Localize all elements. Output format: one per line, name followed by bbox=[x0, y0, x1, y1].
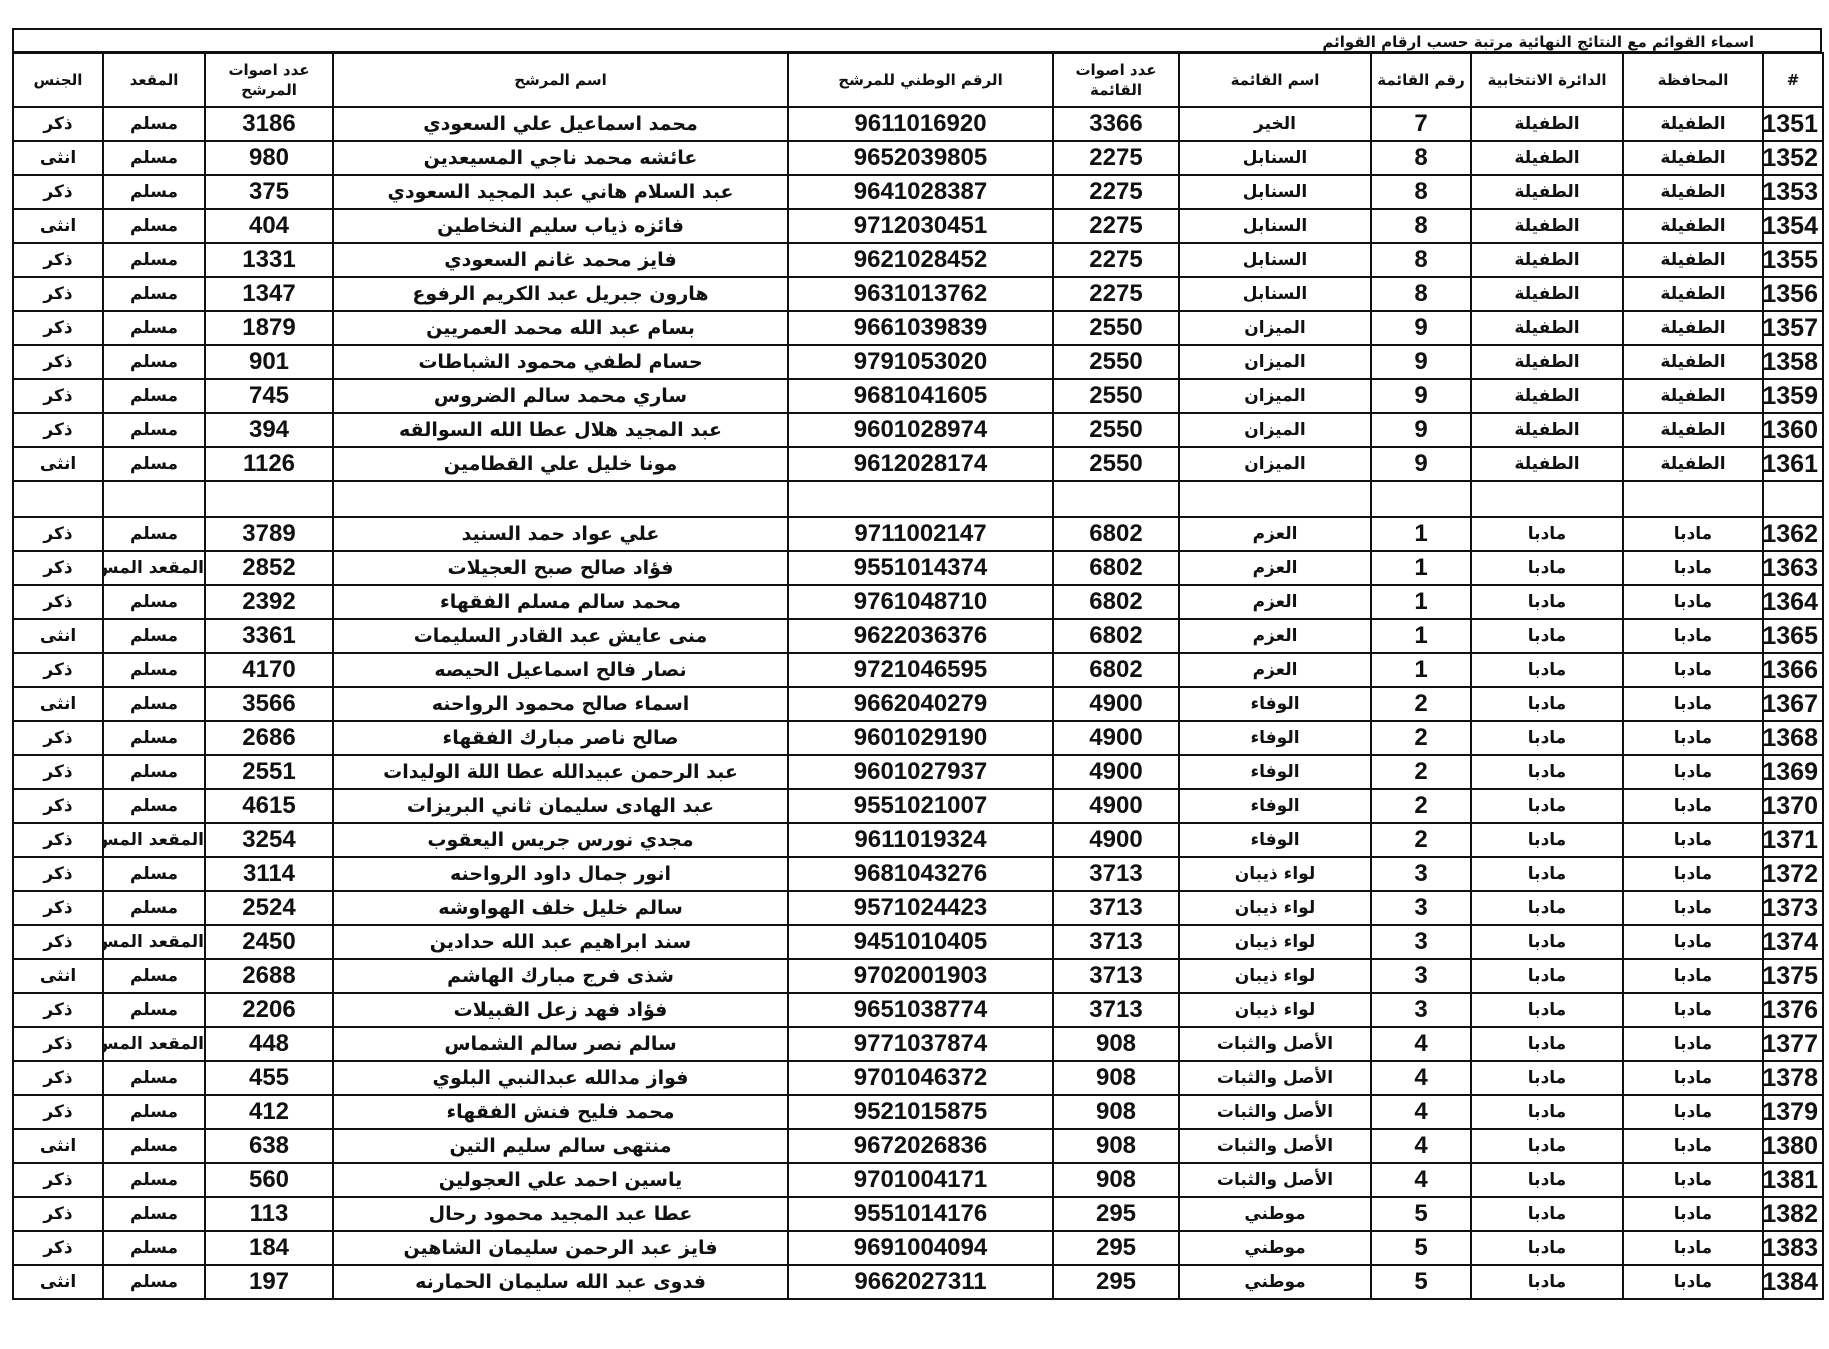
list-votes-cell: 295 bbox=[1053, 1197, 1179, 1231]
national-id-cell: 9791053020 bbox=[788, 345, 1053, 379]
row-index: 1360 bbox=[1763, 413, 1823, 447]
candidate-votes-cell: 901 bbox=[205, 345, 333, 379]
list-number-cell: 9 bbox=[1371, 379, 1471, 413]
row-index: 1383 bbox=[1763, 1231, 1823, 1265]
list-number-cell: 3 bbox=[1371, 993, 1471, 1027]
list-votes-cell: 2275 bbox=[1053, 141, 1179, 175]
row-index: 1384 bbox=[1763, 1265, 1823, 1299]
gender-cell: ذكر bbox=[13, 585, 103, 619]
candidate-votes-cell: 2450 bbox=[205, 925, 333, 959]
governorate-cell: مادبا bbox=[1623, 585, 1763, 619]
national-id-cell: 9652039805 bbox=[788, 141, 1053, 175]
list-votes-cell: 3366 bbox=[1053, 107, 1179, 141]
list-name-cell: العزم bbox=[1179, 517, 1371, 551]
governorate-cell: مادبا bbox=[1623, 891, 1763, 925]
governorate-cell: الطفيلة bbox=[1623, 379, 1763, 413]
list-votes-cell: 4900 bbox=[1053, 721, 1179, 755]
table-row: 1374مادبامادبا3لواء ذيبان37139451010405س… bbox=[13, 925, 1823, 959]
header-national-id: الرقم الوطني للمرشح bbox=[788, 53, 1053, 107]
national-id-cell: 9551021007 bbox=[788, 789, 1053, 823]
list-votes-cell: 295 bbox=[1053, 1265, 1179, 1299]
empty-cell bbox=[1179, 481, 1371, 517]
table-row: 1384مادبامادبا5موطني2959662027311فدوى عب… bbox=[13, 1265, 1823, 1299]
candidate-name-cell: محمد سالم مسلم الفقهاء bbox=[333, 585, 788, 619]
table-row: 1371مادبامادبا2الوفاء49009611019324مجدي … bbox=[13, 823, 1823, 857]
district-cell: مادبا bbox=[1471, 959, 1623, 993]
list-name-cell: لواء ذيبان bbox=[1179, 925, 1371, 959]
national-id-cell: 9681041605 bbox=[788, 379, 1053, 413]
seat-cell: مسلم bbox=[103, 721, 205, 755]
candidate-name-cell: فايز محمد غانم السعودي bbox=[333, 243, 788, 277]
gender-cell: ذكر bbox=[13, 1231, 103, 1265]
district-cell: الطفيلة bbox=[1471, 141, 1623, 175]
candidate-name-cell: فائزه ذياب سليم النخاطين bbox=[333, 209, 788, 243]
district-cell: مادبا bbox=[1471, 619, 1623, 653]
seat-cell: مسلم bbox=[103, 1095, 205, 1129]
list-number-cell: 1 bbox=[1371, 517, 1471, 551]
list-number-cell: 2 bbox=[1371, 687, 1471, 721]
national-id-cell: 9621028452 bbox=[788, 243, 1053, 277]
district-cell: مادبا bbox=[1471, 721, 1623, 755]
district-cell: الطفيلة bbox=[1471, 107, 1623, 141]
candidate-name-cell: علي عواد حمد السنيد bbox=[333, 517, 788, 551]
district-cell: الطفيلة bbox=[1471, 447, 1623, 481]
district-cell: الطفيلة bbox=[1471, 345, 1623, 379]
candidate-votes-cell: 3361 bbox=[205, 619, 333, 653]
list-number-cell: 9 bbox=[1371, 447, 1471, 481]
candidate-votes-cell: 2688 bbox=[205, 959, 333, 993]
list-votes-cell: 6802 bbox=[1053, 653, 1179, 687]
seat-cell: مسلم bbox=[103, 517, 205, 551]
gender-cell: ذكر bbox=[13, 823, 103, 857]
list-number-cell: 4 bbox=[1371, 1129, 1471, 1163]
header-list-name: اسم القائمة bbox=[1179, 53, 1371, 107]
national-id-cell: 9721046595 bbox=[788, 653, 1053, 687]
candidate-votes-cell: 560 bbox=[205, 1163, 333, 1197]
list-votes-cell: 2550 bbox=[1053, 345, 1179, 379]
list-number-cell: 8 bbox=[1371, 141, 1471, 175]
candidate-votes-cell: 412 bbox=[205, 1095, 333, 1129]
table-row: 1361الطفيلةالطفيلة9الميزان25509612028174… bbox=[13, 447, 1823, 481]
list-name-cell: الوفاء bbox=[1179, 789, 1371, 823]
row-index: 1361 bbox=[1763, 447, 1823, 481]
gender-cell: ذكر bbox=[13, 379, 103, 413]
empty-cell bbox=[205, 481, 333, 517]
seat-cell: مسلم bbox=[103, 107, 205, 141]
gender-cell: انثى bbox=[13, 1129, 103, 1163]
list-number-cell: 2 bbox=[1371, 823, 1471, 857]
seat-cell: مسلم bbox=[103, 447, 205, 481]
list-votes-cell: 2275 bbox=[1053, 209, 1179, 243]
gender-cell: ذكر bbox=[13, 993, 103, 1027]
list-number-cell: 4 bbox=[1371, 1027, 1471, 1061]
table-row: 1366مادبامادبا1العزم68029721046595نصار ف… bbox=[13, 653, 1823, 687]
list-number-cell: 8 bbox=[1371, 175, 1471, 209]
gender-cell: ذكر bbox=[13, 755, 103, 789]
list-name-cell: موطني bbox=[1179, 1265, 1371, 1299]
candidate-name-cell: سند ابراهيم عبد الله حدادين bbox=[333, 925, 788, 959]
list-number-cell: 9 bbox=[1371, 413, 1471, 447]
governorate-cell: مادبا bbox=[1623, 619, 1763, 653]
governorate-cell: الطفيلة bbox=[1623, 141, 1763, 175]
gender-cell: ذكر bbox=[13, 413, 103, 447]
national-id-cell: 9691004094 bbox=[788, 1231, 1053, 1265]
governorate-cell: مادبا bbox=[1623, 1163, 1763, 1197]
table-row: 1383مادبامادبا5موطني2959691004094فايز عب… bbox=[13, 1231, 1823, 1265]
list-votes-cell: 2550 bbox=[1053, 311, 1179, 345]
list-votes-cell: 908 bbox=[1053, 1163, 1179, 1197]
national-id-cell: 9662040279 bbox=[788, 687, 1053, 721]
district-cell: الطفيلة bbox=[1471, 379, 1623, 413]
header-candidate-votes: عدد اصوات المرشح bbox=[205, 53, 333, 107]
list-name-cell: موطني bbox=[1179, 1197, 1371, 1231]
gender-cell: ذكر bbox=[13, 789, 103, 823]
gender-cell: ذكر bbox=[13, 1163, 103, 1197]
gender-cell: ذكر bbox=[13, 721, 103, 755]
seat-cell: مسلم bbox=[103, 959, 205, 993]
list-votes-cell: 2550 bbox=[1053, 379, 1179, 413]
seat-cell: مسلم bbox=[103, 311, 205, 345]
national-id-cell: 9622036376 bbox=[788, 619, 1053, 653]
governorate-cell: مادبا bbox=[1623, 1265, 1763, 1299]
list-name-cell: لواء ذيبان bbox=[1179, 959, 1371, 993]
list-name-cell: الميزان bbox=[1179, 413, 1371, 447]
table-row: 1355الطفيلةالطفيلة8السنابل22759621028452… bbox=[13, 243, 1823, 277]
governorate-cell: مادبا bbox=[1623, 517, 1763, 551]
national-id-cell: 9712030451 bbox=[788, 209, 1053, 243]
candidate-votes-cell: 375 bbox=[205, 175, 333, 209]
table-row: 1363مادبامادبا1العزم68029551014374فؤاد ص… bbox=[13, 551, 1823, 585]
seat-cell: مسلم bbox=[103, 175, 205, 209]
list-name-cell: لواء ذيبان bbox=[1179, 993, 1371, 1027]
table-row: 1360الطفيلةالطفيلة9الميزان25509601028974… bbox=[13, 413, 1823, 447]
list-number-cell: 4 bbox=[1371, 1061, 1471, 1095]
list-votes-cell: 6802 bbox=[1053, 517, 1179, 551]
district-cell: مادبا bbox=[1471, 755, 1623, 789]
candidate-name-cell: سالم خليل خلف الهواوشه bbox=[333, 891, 788, 925]
candidate-votes-cell: 1879 bbox=[205, 311, 333, 345]
list-votes-cell: 2275 bbox=[1053, 243, 1179, 277]
list-name-cell: السنابل bbox=[1179, 141, 1371, 175]
candidate-name-cell: مجدي نورس جريس اليعقوب bbox=[333, 823, 788, 857]
list-votes-cell: 3713 bbox=[1053, 993, 1179, 1027]
national-id-cell: 9611016920 bbox=[788, 107, 1053, 141]
empty-cell bbox=[1623, 481, 1763, 517]
table-row: 1357الطفيلةالطفيلة9الميزان25509661039839… bbox=[13, 311, 1823, 345]
list-name-cell: الميزان bbox=[1179, 311, 1371, 345]
gender-cell: انثى bbox=[13, 209, 103, 243]
candidate-name-cell: انور جمال داود الرواحنه bbox=[333, 857, 788, 891]
table-row: 1354الطفيلةالطفيلة8السنابل22759712030451… bbox=[13, 209, 1823, 243]
list-number-cell: 8 bbox=[1371, 277, 1471, 311]
candidate-name-cell: عبد السلام هاني عبد المجيد السعودي bbox=[333, 175, 788, 209]
row-index: 1382 bbox=[1763, 1197, 1823, 1231]
row-index: 1379 bbox=[1763, 1095, 1823, 1129]
governorate-cell: الطفيلة bbox=[1623, 345, 1763, 379]
governorate-cell: مادبا bbox=[1623, 551, 1763, 585]
list-name-cell: العزم bbox=[1179, 653, 1371, 687]
row-index: 1369 bbox=[1763, 755, 1823, 789]
governorate-cell: مادبا bbox=[1623, 823, 1763, 857]
gender-cell: ذكر bbox=[13, 243, 103, 277]
table-row: 1382مادبامادبا5موطني2959551014176عطا عبد… bbox=[13, 1197, 1823, 1231]
governorate-cell: الطفيلة bbox=[1623, 277, 1763, 311]
seat-cell: مسلم bbox=[103, 243, 205, 277]
row-index: 1365 bbox=[1763, 619, 1823, 653]
gender-cell: ذكر bbox=[13, 857, 103, 891]
list-number-cell: 1 bbox=[1371, 619, 1471, 653]
header-gender: الجنس bbox=[13, 53, 103, 107]
list-votes-cell: 4900 bbox=[1053, 755, 1179, 789]
list-number-cell: 3 bbox=[1371, 925, 1471, 959]
row-index: 1381 bbox=[1763, 1163, 1823, 1197]
list-number-cell: 5 bbox=[1371, 1265, 1471, 1299]
empty-cell bbox=[333, 481, 788, 517]
list-votes-cell: 3713 bbox=[1053, 925, 1179, 959]
seat-cell: مسلم bbox=[103, 141, 205, 175]
governorate-cell: الطفيلة bbox=[1623, 311, 1763, 345]
results-table: # المحافظة الدائرة الانتخابية رقم القائم… bbox=[12, 52, 1824, 1300]
table-row: 1365مادبامادبا1العزم68029622036376منى عا… bbox=[13, 619, 1823, 653]
list-name-cell: الأصل والثبات bbox=[1179, 1095, 1371, 1129]
governorate-cell: مادبا bbox=[1623, 653, 1763, 687]
district-cell: مادبا bbox=[1471, 857, 1623, 891]
seat-cell: مسلم bbox=[103, 209, 205, 243]
seat-cell: مسلم bbox=[103, 653, 205, 687]
list-number-cell: 2 bbox=[1371, 789, 1471, 823]
gender-cell: ذكر bbox=[13, 925, 103, 959]
governorate-cell: مادبا bbox=[1623, 857, 1763, 891]
national-id-cell: 9601027937 bbox=[788, 755, 1053, 789]
table-row: 1377مادبامادبا4الأصل والثبات908977103787… bbox=[13, 1027, 1823, 1061]
table-row: 1376مادبامادبا3لواء ذيبان37139651038774ف… bbox=[13, 993, 1823, 1027]
seat-cell: مسلم bbox=[103, 891, 205, 925]
governorate-cell: مادبا bbox=[1623, 993, 1763, 1027]
header-candidate-name: اسم المرشح bbox=[333, 53, 788, 107]
gender-cell: انثى bbox=[13, 141, 103, 175]
list-number-cell: 9 bbox=[1371, 311, 1471, 345]
candidate-votes-cell: 3566 bbox=[205, 687, 333, 721]
row-index: 1368 bbox=[1763, 721, 1823, 755]
gender-cell: ذكر bbox=[13, 1061, 103, 1095]
candidate-name-cell: هارون جبريل عبد الكريم الرفوع bbox=[333, 277, 788, 311]
list-votes-cell: 3713 bbox=[1053, 857, 1179, 891]
gender-cell: ذكر bbox=[13, 1095, 103, 1129]
row-index: 1377 bbox=[1763, 1027, 1823, 1061]
gender-cell: ذكر bbox=[13, 1197, 103, 1231]
gender-cell: انثى bbox=[13, 687, 103, 721]
candidate-name-cell: محمد اسماعيل علي السعودي bbox=[333, 107, 788, 141]
list-votes-cell: 6802 bbox=[1053, 551, 1179, 585]
table-row: 1368مادبامادبا2الوفاء49009601029190صالح … bbox=[13, 721, 1823, 755]
table-row: 1367مادبامادبا2الوفاء49009662040279اسماء… bbox=[13, 687, 1823, 721]
governorate-cell: مادبا bbox=[1623, 1095, 1763, 1129]
district-cell: مادبا bbox=[1471, 993, 1623, 1027]
district-cell: مادبا bbox=[1471, 551, 1623, 585]
list-name-cell: العزم bbox=[1179, 619, 1371, 653]
national-id-cell: 9701046372 bbox=[788, 1061, 1053, 1095]
national-id-cell: 9681043276 bbox=[788, 857, 1053, 891]
seat-cell: مسلم bbox=[103, 755, 205, 789]
list-number-cell: 3 bbox=[1371, 959, 1471, 993]
list-votes-cell: 295 bbox=[1053, 1231, 1179, 1265]
table-row: 1359الطفيلةالطفيلة9الميزان25509681041605… bbox=[13, 379, 1823, 413]
candidate-votes-cell: 745 bbox=[205, 379, 333, 413]
list-votes-cell: 908 bbox=[1053, 1061, 1179, 1095]
candidate-name-cell: نصار فالح اسماعيل الحيصه bbox=[333, 653, 788, 687]
governorate-cell: الطفيلة bbox=[1623, 209, 1763, 243]
seat-cell: مسلم bbox=[103, 687, 205, 721]
list-number-cell: 5 bbox=[1371, 1231, 1471, 1265]
national-id-cell: 9571024423 bbox=[788, 891, 1053, 925]
gender-cell: انثى bbox=[13, 447, 103, 481]
empty-cell bbox=[788, 481, 1053, 517]
candidate-votes-cell: 3186 bbox=[205, 107, 333, 141]
table-row: 1353الطفيلةالطفيلة8السنابل22759641028387… bbox=[13, 175, 1823, 209]
list-votes-cell: 6802 bbox=[1053, 619, 1179, 653]
list-name-cell: الأصل والثبات bbox=[1179, 1061, 1371, 1095]
national-id-cell: 9661039839 bbox=[788, 311, 1053, 345]
list-votes-cell: 2550 bbox=[1053, 413, 1179, 447]
list-name-cell: السنابل bbox=[1179, 277, 1371, 311]
candidate-votes-cell: 4170 bbox=[205, 653, 333, 687]
row-index: 1364 bbox=[1763, 585, 1823, 619]
national-id-cell: 9672026836 bbox=[788, 1129, 1053, 1163]
national-id-cell: 9521015875 bbox=[788, 1095, 1053, 1129]
table-row: 1380مادبامادبا4الأصل والثبات908967202683… bbox=[13, 1129, 1823, 1163]
district-cell: الطفيلة bbox=[1471, 311, 1623, 345]
gender-cell: ذكر bbox=[13, 277, 103, 311]
list-number-cell: 5 bbox=[1371, 1197, 1471, 1231]
row-index: 1366 bbox=[1763, 653, 1823, 687]
seat-cell: مسلم bbox=[103, 993, 205, 1027]
district-cell: الطفيلة bbox=[1471, 277, 1623, 311]
seat-cell: مسلم bbox=[103, 1231, 205, 1265]
seat-cell: مسلم bbox=[103, 1129, 205, 1163]
district-cell: مادبا bbox=[1471, 517, 1623, 551]
row-index: 1353 bbox=[1763, 175, 1823, 209]
header-row: # المحافظة الدائرة الانتخابية رقم القائم… bbox=[13, 53, 1823, 107]
row-index: 1370 bbox=[1763, 789, 1823, 823]
list-number-cell: 2 bbox=[1371, 755, 1471, 789]
district-cell: مادبا bbox=[1471, 1231, 1623, 1265]
list-name-cell: العزم bbox=[1179, 585, 1371, 619]
table-row: 1351الطفيلةالطفيلة7الخير33669611016920مح… bbox=[13, 107, 1823, 141]
national-id-cell: 9451010405 bbox=[788, 925, 1053, 959]
row-index: 1355 bbox=[1763, 243, 1823, 277]
candidate-name-cell: ساري محمد سالم الضروس bbox=[333, 379, 788, 413]
row-index: 1357 bbox=[1763, 311, 1823, 345]
candidate-votes-cell: 455 bbox=[205, 1061, 333, 1095]
empty-cell bbox=[1053, 481, 1179, 517]
table-row: 1373مادبامادبا3لواء ذيبان37139571024423س… bbox=[13, 891, 1823, 925]
seat-cell: المقعد المس bbox=[103, 823, 205, 857]
candidate-votes-cell: 3789 bbox=[205, 517, 333, 551]
candidate-name-cell: عبد الرحمن عبيدالله عطا اللة الوليدات bbox=[333, 755, 788, 789]
district-cell: مادبا bbox=[1471, 1265, 1623, 1299]
list-votes-cell: 4900 bbox=[1053, 687, 1179, 721]
candidate-votes-cell: 184 bbox=[205, 1231, 333, 1265]
results-document: اسماء القوائم مع النتائج النهائية مرتبة … bbox=[12, 28, 1822, 1300]
governorate-cell: مادبا bbox=[1623, 959, 1763, 993]
table-row: 1369مادبامادبا2الوفاء49009601027937عبد ا… bbox=[13, 755, 1823, 789]
candidate-name-cell: عبد الهادى سليمان ثاني البريزات bbox=[333, 789, 788, 823]
row-index: 1351 bbox=[1763, 107, 1823, 141]
list-votes-cell: 3713 bbox=[1053, 891, 1179, 925]
header-index: # bbox=[1763, 53, 1823, 107]
district-cell: الطفيلة bbox=[1471, 243, 1623, 277]
empty-cell bbox=[1763, 481, 1823, 517]
list-number-cell: 7 bbox=[1371, 107, 1471, 141]
candidate-votes-cell: 394 bbox=[205, 413, 333, 447]
list-number-cell: 4 bbox=[1371, 1095, 1471, 1129]
district-cell: مادبا bbox=[1471, 687, 1623, 721]
list-votes-cell: 2550 bbox=[1053, 447, 1179, 481]
seat-cell: المقعد المس bbox=[103, 1027, 205, 1061]
list-number-cell: 1 bbox=[1371, 585, 1471, 619]
candidate-votes-cell: 4615 bbox=[205, 789, 333, 823]
national-id-cell: 9761048710 bbox=[788, 585, 1053, 619]
district-cell: مادبا bbox=[1471, 925, 1623, 959]
table-row: 1381مادبامادبا4الأصل والثبات908970100417… bbox=[13, 1163, 1823, 1197]
candidate-name-cell: عائشه محمد ناجي المسيعدين bbox=[333, 141, 788, 175]
list-name-cell: الأصل والثبات bbox=[1179, 1027, 1371, 1061]
gender-cell: ذكر bbox=[13, 891, 103, 925]
row-index: 1354 bbox=[1763, 209, 1823, 243]
list-name-cell: الوفاء bbox=[1179, 721, 1371, 755]
header-seat: المقعد bbox=[103, 53, 205, 107]
governorate-cell: مادبا bbox=[1623, 1231, 1763, 1265]
candidate-votes-cell: 2551 bbox=[205, 755, 333, 789]
list-votes-cell: 908 bbox=[1053, 1027, 1179, 1061]
candidate-votes-cell: 2852 bbox=[205, 551, 333, 585]
header-governorate: المحافظة bbox=[1623, 53, 1763, 107]
row-index: 1356 bbox=[1763, 277, 1823, 311]
list-number-cell: 8 bbox=[1371, 243, 1471, 277]
district-cell: مادبا bbox=[1471, 1163, 1623, 1197]
governorate-cell: الطفيلة bbox=[1623, 107, 1763, 141]
governorate-cell: مادبا bbox=[1623, 755, 1763, 789]
table-row: 1378مادبامادبا4الأصل والثبات908970104637… bbox=[13, 1061, 1823, 1095]
candidate-name-cell: بسام عبد الله محمد العمريين bbox=[333, 311, 788, 345]
empty-cell bbox=[13, 481, 103, 517]
candidate-votes-cell: 3254 bbox=[205, 823, 333, 857]
candidate-name-cell: محمد فليح فنش الفقهاء bbox=[333, 1095, 788, 1129]
district-cell: مادبا bbox=[1471, 891, 1623, 925]
list-name-cell: العزم bbox=[1179, 551, 1371, 585]
national-id-cell: 9771037874 bbox=[788, 1027, 1053, 1061]
row-index: 1375 bbox=[1763, 959, 1823, 993]
list-name-cell: الأصل والثبات bbox=[1179, 1163, 1371, 1197]
governorate-cell: مادبا bbox=[1623, 1129, 1763, 1163]
district-cell: مادبا bbox=[1471, 789, 1623, 823]
candidate-name-cell: اسماء صالح محمود الرواحنه bbox=[333, 687, 788, 721]
list-votes-cell: 2275 bbox=[1053, 277, 1179, 311]
seat-cell: مسلم bbox=[103, 277, 205, 311]
list-number-cell: 9 bbox=[1371, 345, 1471, 379]
list-name-cell: الوفاء bbox=[1179, 823, 1371, 857]
district-cell: مادبا bbox=[1471, 1061, 1623, 1095]
gender-cell: انثى bbox=[13, 1265, 103, 1299]
candidate-votes-cell: 1331 bbox=[205, 243, 333, 277]
governorate-cell: مادبا bbox=[1623, 1197, 1763, 1231]
list-votes-cell: 4900 bbox=[1053, 789, 1179, 823]
national-id-cell: 9551014374 bbox=[788, 551, 1053, 585]
candidate-name-cell: عطا عبد المجيد محمود رحال bbox=[333, 1197, 788, 1231]
list-name-cell: السنابل bbox=[1179, 209, 1371, 243]
district-cell: مادبا bbox=[1471, 1197, 1623, 1231]
table-row: 1375مادبامادبا3لواء ذيبان37139702001903ش… bbox=[13, 959, 1823, 993]
